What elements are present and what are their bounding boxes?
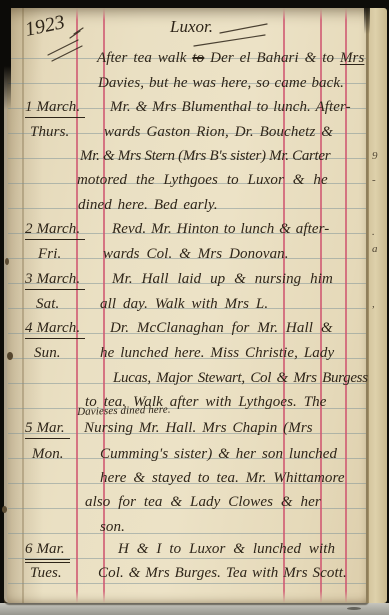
entry-text: also for tea & Lady Clowes & her	[85, 494, 321, 511]
diary-line: Thurs.wards Gaston Rion, Dr. Bouchetz &	[0, 124, 389, 146]
entry-text: Davies, but he was here, so came back.	[98, 75, 344, 92]
diary-lines: After tea walk to Der el Bahari & to Mrs…	[0, 0, 389, 615]
diary-line: After tea walk to Der el Bahari & to Mrs	[0, 50, 389, 72]
entry-text: Col. & Mrs Burges. Tea with Mrs Scott.	[98, 565, 347, 582]
entry-text: wards Gaston Rion, Dr. Bouchetz &	[104, 124, 333, 141]
paper-speck	[2, 506, 7, 513]
entry-day: Sat.	[36, 296, 59, 313]
entry-date: 6 Mar.	[25, 541, 70, 563]
entry-text: son.	[100, 519, 125, 536]
fore-edge-ink-mark: a	[372, 243, 378, 255]
entry-day: Mon.	[32, 446, 64, 463]
diary-line: Tues.Col. & Mrs Burges. Tea with Mrs Sco…	[0, 565, 389, 587]
entry-day: Sun.	[34, 345, 61, 362]
diary-entry-line: 1 March.Mr. & Mrs Blumenthal to lunch. A…	[0, 99, 389, 121]
entry-text: he lunched here. Miss Christie, Lady	[100, 345, 334, 362]
diary-line: Lucas, Major Stewart, Col & Mrs Burgess	[0, 370, 389, 392]
diary-entry-line: 4 March.Dr. McClanaghan for Mr. Hall &	[0, 320, 389, 342]
entry-text: Mr. & Mrs Blumenthal to lunch. After-	[110, 99, 351, 116]
entry-text: Davieses dined here.	[77, 404, 171, 418]
entry-text: Revd. Mr. Hinton to lunch & after-	[112, 221, 329, 238]
paper-speck	[347, 607, 361, 610]
diary-line: here & stayed to tea. Mr. Whittamore	[0, 470, 389, 492]
entry-date: 3 March.	[25, 271, 85, 290]
entry-text: Mr. & Mrs Stern (Mrs B's sister) Mr. Car…	[80, 148, 330, 165]
entry-day: Thurs.	[30, 124, 69, 141]
diary-entry-line: 6 Mar.H & I to Luxor & lunched with	[0, 541, 389, 563]
fore-edge-ink-mark: .	[372, 226, 375, 238]
entry-text: all day. Walk with Mrs L.	[100, 296, 268, 313]
entry-date: 5 Mar.	[25, 420, 70, 439]
paper-speck	[7, 352, 13, 360]
diary-line: also for tea & Lady Clowes & her	[0, 494, 389, 516]
entry-text: Cumming's sister) & her son lunched	[100, 446, 337, 463]
diary-line: Mr. & Mrs Stern (Mrs B's sister) Mr. Car…	[0, 148, 389, 170]
diary-line: dined here. Bed early.	[0, 197, 389, 219]
entry-text: wards Col. & Mrs Donovan.	[103, 246, 289, 263]
entry-day: Tues.	[30, 565, 62, 582]
entry-text: After tea walk to Der el Bahari & to Mrs	[97, 50, 364, 67]
paper-speck	[5, 258, 9, 265]
entry-text: H & I to Luxor & lunched with	[118, 541, 335, 558]
entry-date: 2 March.	[25, 221, 85, 240]
diary-line: Sun.he lunched here. Miss Christie, Lady	[0, 345, 389, 367]
diary-line: son.	[0, 519, 389, 541]
entry-text: dined here. Bed early.	[78, 197, 218, 214]
entry-date: 4 March.	[25, 320, 85, 339]
diary-entry-line: 3 March.Mr. Hall laid up & nursing him	[0, 271, 389, 293]
diary-entry-line: 2 March.Revd. Mr. Hinton to lunch & afte…	[0, 221, 389, 243]
fore-edge-ink-mark: -	[372, 174, 376, 186]
diary-line: Fri.wards Col. & Mrs Donovan.	[0, 246, 389, 268]
entry-text: Lucas, Major Stewart, Col & Mrs Burgess	[113, 370, 368, 387]
entry-text: Mr. Hall laid up & nursing him	[112, 271, 333, 288]
diary-line: Mon.Cumming's sister) & her son lunched	[0, 446, 389, 468]
entry-day: Fri.	[38, 246, 61, 263]
entry-date: 1 March.	[25, 99, 85, 118]
diary-line: motored the Lythgoes to Luxor & he	[0, 172, 389, 194]
fore-edge-ink-mark: ,	[372, 298, 375, 310]
photographed-notebook: 1923 Luxor. After tea walk to Der el Bah…	[0, 0, 389, 615]
fore-edge-ink-mark: 9	[372, 150, 378, 162]
entry-text: Dr. McClanaghan for Mr. Hall &	[110, 320, 333, 337]
diary-line: Davies, but he was here, so came back.	[0, 75, 389, 97]
entry-text: here & stayed to tea. Mr. Whittamore	[100, 470, 345, 487]
diary-entry-line: 5 Mar.Nursing Mr. Hall. Mrs Chapin (Mrs	[0, 420, 389, 442]
entry-text: motored the Lythgoes to Luxor & he	[77, 172, 328, 189]
diary-line: Sat.all day. Walk with Mrs L.	[0, 296, 389, 318]
entry-text: Nursing Mr. Hall. Mrs Chapin (Mrs	[84, 420, 313, 437]
